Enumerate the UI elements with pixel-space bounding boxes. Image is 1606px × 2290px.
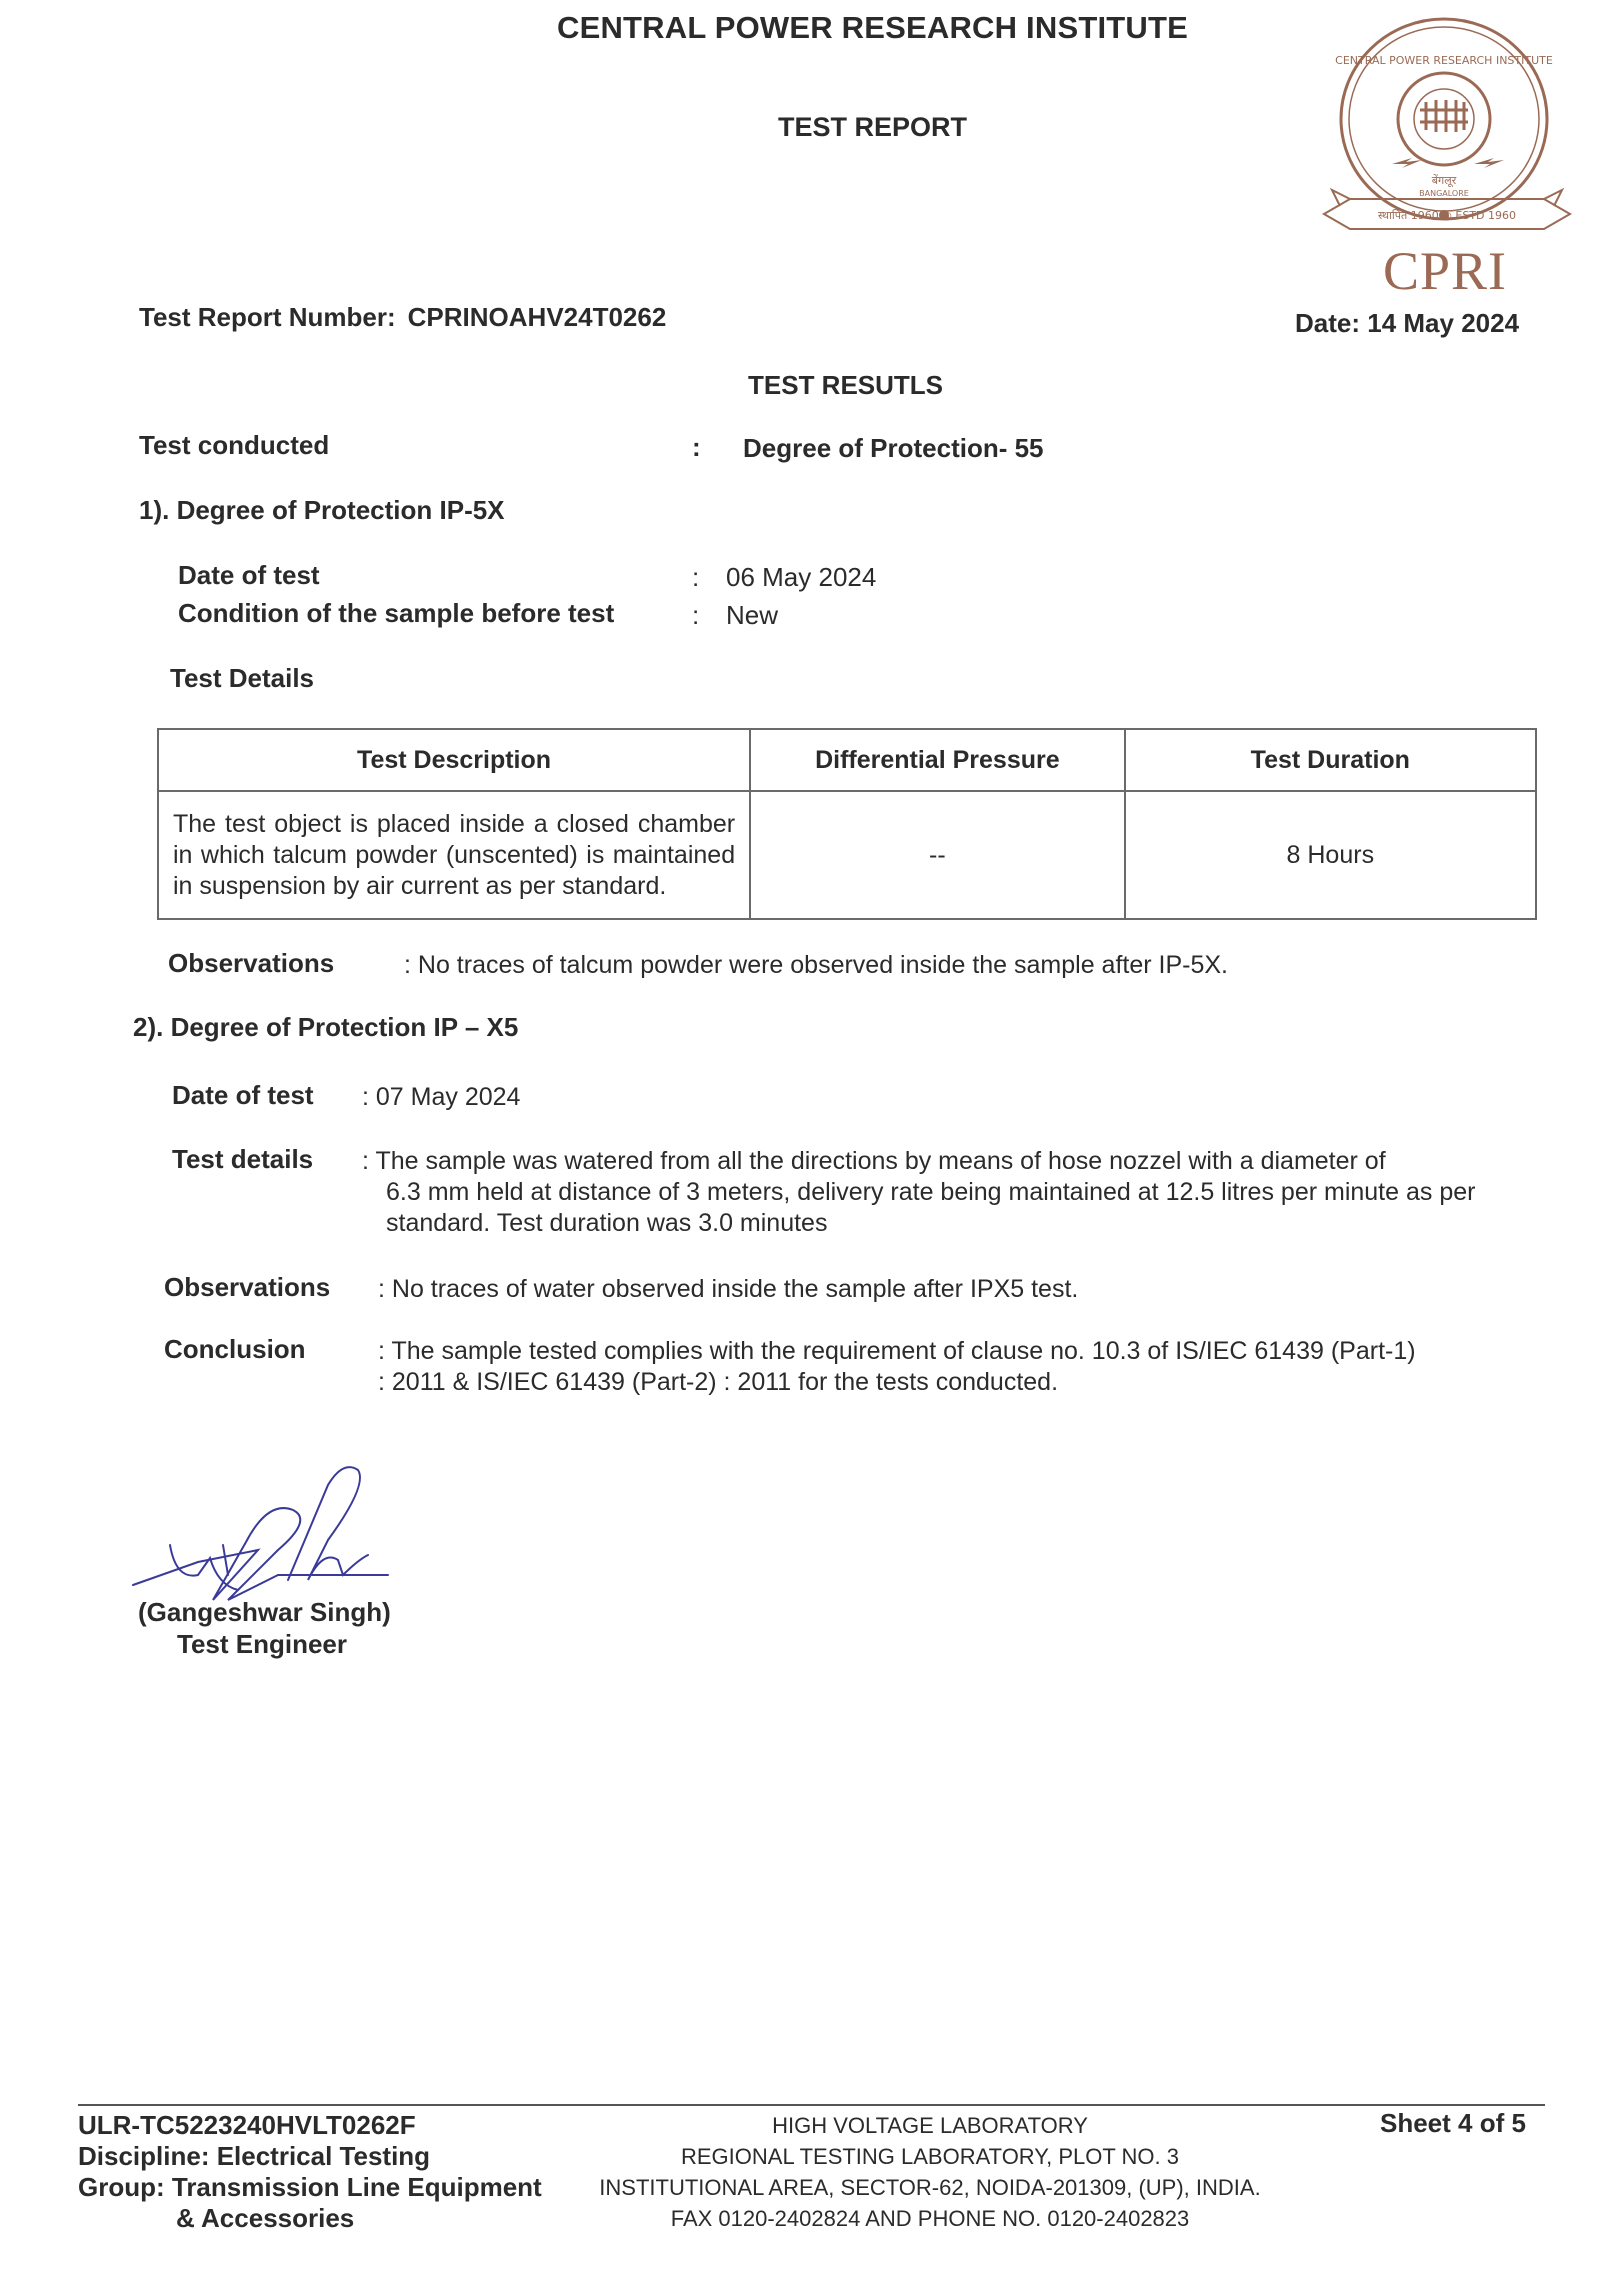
conclusion-line2: : 2011 & IS/IEC 61439 (Part-2) : 2011 fo… xyxy=(378,1367,1058,1398)
footer-left: ULR-TC5223240HVLT0262F Discipline: Elect… xyxy=(78,2110,542,2234)
test-duration-cell: 8 Hours xyxy=(1125,791,1536,919)
report-date-value: 14 May 2024 xyxy=(1367,308,1519,338)
svg-text:BANGALORE: BANGALORE xyxy=(1419,189,1469,198)
section2-details-label: Test details xyxy=(172,1144,313,1175)
table-header-row: Test Description Differential Pressure T… xyxy=(158,729,1536,791)
ulr-number: ULR-TC5223240HVLT0262F xyxy=(78,2110,542,2141)
signatory-title: Test Engineer xyxy=(177,1629,347,1660)
test-conducted-label: Test conducted xyxy=(139,430,329,461)
footer-divider xyxy=(78,2104,1545,2106)
section1-condition-value: New xyxy=(726,600,778,631)
signatory-name: (Gangeshwar Singh) xyxy=(138,1597,391,1628)
report-date-label: Date: xyxy=(1295,308,1360,338)
lab-address: HIGH VOLTAGE LABORATORY REGIONAL TESTING… xyxy=(580,2110,1280,2234)
svg-text:स्थापित 1960 ◎ ESTD 1960: स्थापित 1960 ◎ ESTD 1960 xyxy=(1378,209,1516,222)
section1-date-label: Date of test xyxy=(178,560,320,591)
svg-text:बेंगलूर: बेंगलूर xyxy=(1432,174,1457,188)
section2-observations-label: Observations xyxy=(164,1272,330,1303)
report-date: Date: 14 May 2024 xyxy=(1295,308,1519,339)
table-row: The test object is placed inside a close… xyxy=(158,791,1536,919)
section1-observations-label: Observations xyxy=(168,948,334,979)
section2-date-value: : 07 May 2024 xyxy=(362,1082,520,1113)
section2-date-label: Date of test xyxy=(172,1080,314,1111)
test-results-heading: TEST RESUTLS xyxy=(748,370,943,401)
section1-details-label: Test Details xyxy=(170,663,314,694)
handwritten-signature-icon xyxy=(128,1450,398,1610)
column-header: Test Description xyxy=(158,729,750,791)
svg-text:CENTRAL POWER RESEARCH INSTITU: CENTRAL POWER RESEARCH INSTITUTE xyxy=(1335,54,1553,67)
group-line1: Group: Transmission Line Equipment xyxy=(78,2172,542,2203)
lab-line: INSTITUTIONAL AREA, SECTOR-62, NOIDA-201… xyxy=(580,2172,1280,2203)
section1-observations-value: : No traces of talcum powder were observ… xyxy=(404,950,1228,981)
cpri-wordmark: CPRI xyxy=(1330,240,1560,302)
section2-heading: 2). Degree of Protection IP – X5 xyxy=(133,1012,518,1043)
section1-date-value: 06 May 2024 xyxy=(726,562,876,593)
lab-line: HIGH VOLTAGE LABORATORY xyxy=(580,2110,1280,2141)
section2-observations-value: : No traces of water observed inside the… xyxy=(378,1274,1078,1305)
test-description-cell: The test object is placed inside a close… xyxy=(158,791,750,919)
section2-details-line1: : The sample was watered from all the di… xyxy=(362,1146,1542,1177)
section1-condition-label: Condition of the sample before test xyxy=(178,598,614,629)
sheet-number: Sheet 4 of 5 xyxy=(1380,2108,1526,2139)
column-header: Test Duration xyxy=(1125,729,1536,791)
test-conducted-value: Degree of Protection- 55 xyxy=(743,433,1044,464)
colon: : xyxy=(692,432,701,463)
differential-pressure-cell: -- xyxy=(750,791,1125,919)
lab-line: REGIONAL TESTING LABORATORY, PLOT NO. 3 xyxy=(580,2141,1280,2172)
conclusion-label: Conclusion xyxy=(164,1334,306,1365)
lab-line: FAX 0120-2402824 AND PHONE NO. 0120-2402… xyxy=(580,2203,1280,2234)
test-details-table: Test Description Differential Pressure T… xyxy=(157,728,1537,920)
section2-details-rest: 6.3 mm held at distance of 3 meters, del… xyxy=(386,1177,1536,1239)
discipline: Discipline: Electrical Testing xyxy=(78,2141,542,2172)
column-header: Differential Pressure xyxy=(750,729,1125,791)
report-number-value: CPRINOAHV24T0262 xyxy=(408,302,667,332)
conclusion-line1: : The sample tested complies with the re… xyxy=(378,1336,1416,1367)
report-number-label: Test Report Number: xyxy=(139,302,396,332)
colon: : xyxy=(692,562,699,593)
colon: : xyxy=(692,600,699,631)
section1-heading: 1). Degree of Protection IP-5X xyxy=(139,495,505,526)
group-line2: & Accessories xyxy=(78,2203,542,2234)
report-number: Test Report Number:CPRINOAHV24T0262 xyxy=(139,302,666,333)
